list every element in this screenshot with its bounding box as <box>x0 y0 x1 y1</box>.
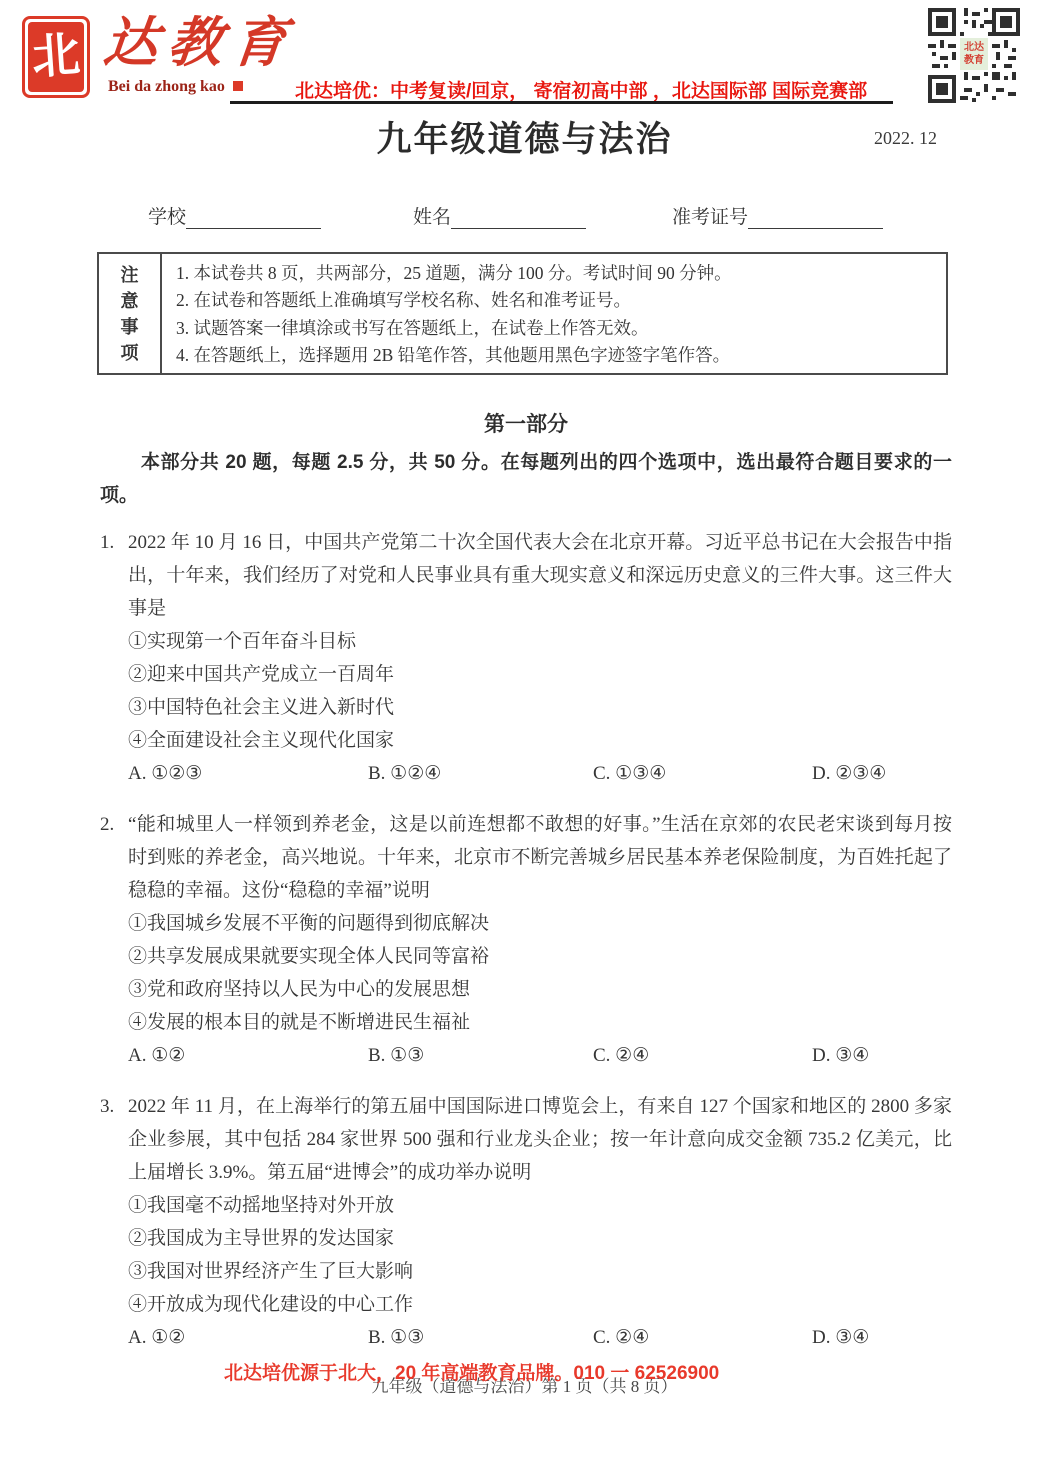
question-2-head: 2. “能和城里人一样领到养老金，这是以前连想都不敢想的好事。”生活在京郊的农民… <box>100 808 952 907</box>
name-field: 姓名 <box>413 202 586 229</box>
question-item: ①实现第一个百年奋斗目标 <box>128 625 952 658</box>
section-intro: 本部分共 20 题，每题 2.5 分，共 50 分。在每题列出的四个选项中，选出… <box>100 446 952 512</box>
question-item: ①我国毫不动摇地坚持对外开放 <box>128 1189 952 1222</box>
question-1: 1. 2022 年 10 月 16 日，中国共产党第二十次全国代表大会在北京开幕… <box>100 526 952 790</box>
brand-subtitle-text: Bei da zhong kao <box>108 78 225 95</box>
question-1-items: ①实现第一个百年奋斗目标 ②迎来中国共产党成立一百周年 ③中国特色社会主义进入新… <box>128 625 952 757</box>
question-item: ④发展的根本目的就是不断增进民生福祉 <box>128 1006 952 1039</box>
question-stem: 2022 年 11 月，在上海举行的第五届中国国际进口博览会上，有来自 127 … <box>128 1090 952 1189</box>
exam-paper-page: 北 达教育 Bei da zhong kao 北达培优：中考复读/回京， 寄宿初… <box>0 0 1049 1474</box>
question-number: 2. <box>100 808 128 907</box>
admission-label: 准考证号 <box>672 207 748 228</box>
name-label: 姓名 <box>413 207 451 228</box>
notice-item: 2. 在试卷和答题纸上准确填写学校名称、姓名和准考证号。 <box>176 287 936 314</box>
candidate-info-row: 学校 姓名 准考证号 <box>0 202 1049 236</box>
question-stem: 2022 年 10 月 16 日，中国共产党第二十次全国代表大会在北京开幕。习近… <box>128 526 952 625</box>
brand-stamp-character: 北 <box>30 31 81 82</box>
qr-code: 北达教育 <box>928 8 1020 103</box>
question-number: 1. <box>100 526 128 625</box>
question-3: 3. 2022 年 11 月，在上海举行的第五届中国国际进口博览会上，有来自 1… <box>100 1090 952 1354</box>
choice-a: A. ①② <box>128 1039 368 1072</box>
brand-subtitle: Bei da zhong kao <box>108 78 243 96</box>
choice-b: B. ①②④ <box>368 757 593 790</box>
notice-item: 1. 本试卷共 8 页，共两部分，25 道题，满分 100 分。考试时间 90 … <box>176 260 936 287</box>
notice-side-label: 注 意 事 项 <box>99 254 162 373</box>
question-item: ②迎来中国共产党成立一百周年 <box>128 658 952 691</box>
paper-date: 2022. 12 <box>874 128 937 149</box>
school-label: 学校 <box>148 207 186 228</box>
choice-c: C. ②④ <box>593 1039 812 1072</box>
notice-side-char: 项 <box>121 340 139 366</box>
question-3-choices: A. ①② B. ①③ C. ②④ D. ③④ <box>128 1321 952 1354</box>
choice-c: C. ②④ <box>593 1321 812 1354</box>
question-item: ④开放成为现代化建设的中心工作 <box>128 1288 952 1321</box>
question-item: ③我国对世界经济产生了巨大影响 <box>128 1255 952 1288</box>
admission-field: 准考证号 <box>672 202 883 229</box>
question-stem: “能和城里人一样领到养老金，这是以前连想都不敢想的好事。”生活在京郊的农民老宋谈… <box>128 808 952 907</box>
question-item: ③党和政府坚持以人民为中心的发展思想 <box>128 973 952 1006</box>
choice-b: B. ①③ <box>368 1039 593 1072</box>
question-3-items: ①我国毫不动摇地坚持对外开放 ②我国成为主导世界的发达国家 ③我国对世界经济产生… <box>128 1189 952 1321</box>
notice-side-char: 事 <box>121 314 139 340</box>
brand-stamp: 北 <box>22 16 90 98</box>
admission-blank <box>748 207 883 229</box>
notice-side-char: 意 <box>121 288 139 314</box>
choice-a: A. ①② <box>128 1321 368 1354</box>
choice-b: B. ①③ <box>368 1321 593 1354</box>
school-blank <box>186 207 321 229</box>
notice-items: 1. 本试卷共 8 页，共两部分，25 道题，满分 100 分。考试时间 90 … <box>162 254 946 373</box>
question-1-choices: A. ①②③ B. ①②④ C. ①③④ D. ②③④ <box>128 757 952 790</box>
question-2-items: ①我国城乡发展不平衡的问题得到彻底解决 ②共享发展成果就要实现全体人民同等富裕 … <box>128 907 952 1039</box>
footer-promo: 北达培优源于北大，20 年高端教育品牌。010 一 62526900 <box>224 1358 719 1385</box>
question-item: ②共享发展成果就要实现全体人民同等富裕 <box>128 940 952 973</box>
choice-c: C. ①③④ <box>593 757 812 790</box>
section-heading: 第一部分 <box>100 408 952 442</box>
choice-d: D. ③④ <box>812 1039 952 1072</box>
notice-item: 4. 在答题纸上，选择题用 2B 铅笔作答，其他题用黑色字迹签字笔作答。 <box>176 342 936 369</box>
question-3-head: 3. 2022 年 11 月，在上海举行的第五届中国国际进口博览会上，有来自 1… <box>100 1090 952 1189</box>
question-item: ④全面建设社会主义现代化国家 <box>128 724 952 757</box>
qr-center-label: 北达教育 <box>960 38 988 70</box>
question-item: ②我国成为主导世界的发达国家 <box>128 1222 952 1255</box>
brand-square-icon <box>233 81 243 91</box>
brand-tagline: 北达培优：中考复读/回京， 寄宿初高中部 ，北达国际部 国际竞赛部 <box>295 76 895 103</box>
main-content: 第一部分 本部分共 20 题，每题 2.5 分，共 50 分。在每题列出的四个选… <box>100 408 952 1354</box>
question-2-choices: A. ①② B. ①③ C. ②④ D. ③④ <box>128 1039 952 1072</box>
name-blank <box>451 207 586 229</box>
notice-item: 3. 试题答案一律填涂或书写在答题纸上，在试卷上作答无效。 <box>176 315 936 342</box>
choice-a: A. ①②③ <box>128 757 368 790</box>
choice-d: D. ③④ <box>812 1321 952 1354</box>
question-1-head: 1. 2022 年 10 月 16 日，中国共产党第二十次全国代表大会在北京开幕… <box>100 526 952 625</box>
question-item: ①我国城乡发展不平衡的问题得到彻底解决 <box>128 907 952 940</box>
question-number: 3. <box>100 1090 128 1189</box>
header-divider <box>230 101 893 104</box>
brand-stamp-background: 北 <box>28 22 84 92</box>
question-item: ③中国特色社会主义进入新时代 <box>128 691 952 724</box>
notice-box: 注 意 事 项 1. 本试卷共 8 页，共两部分，25 道题，满分 100 分。… <box>97 252 948 375</box>
question-2: 2. “能和城里人一样领到养老金，这是以前连想都不敢想的好事。”生活在京郊的农民… <box>100 808 952 1072</box>
brand-name-script: 达教育 <box>101 16 357 70</box>
choice-d: D. ②③④ <box>812 757 952 790</box>
school-field: 学校 <box>148 202 321 229</box>
notice-side-char: 注 <box>121 262 139 288</box>
